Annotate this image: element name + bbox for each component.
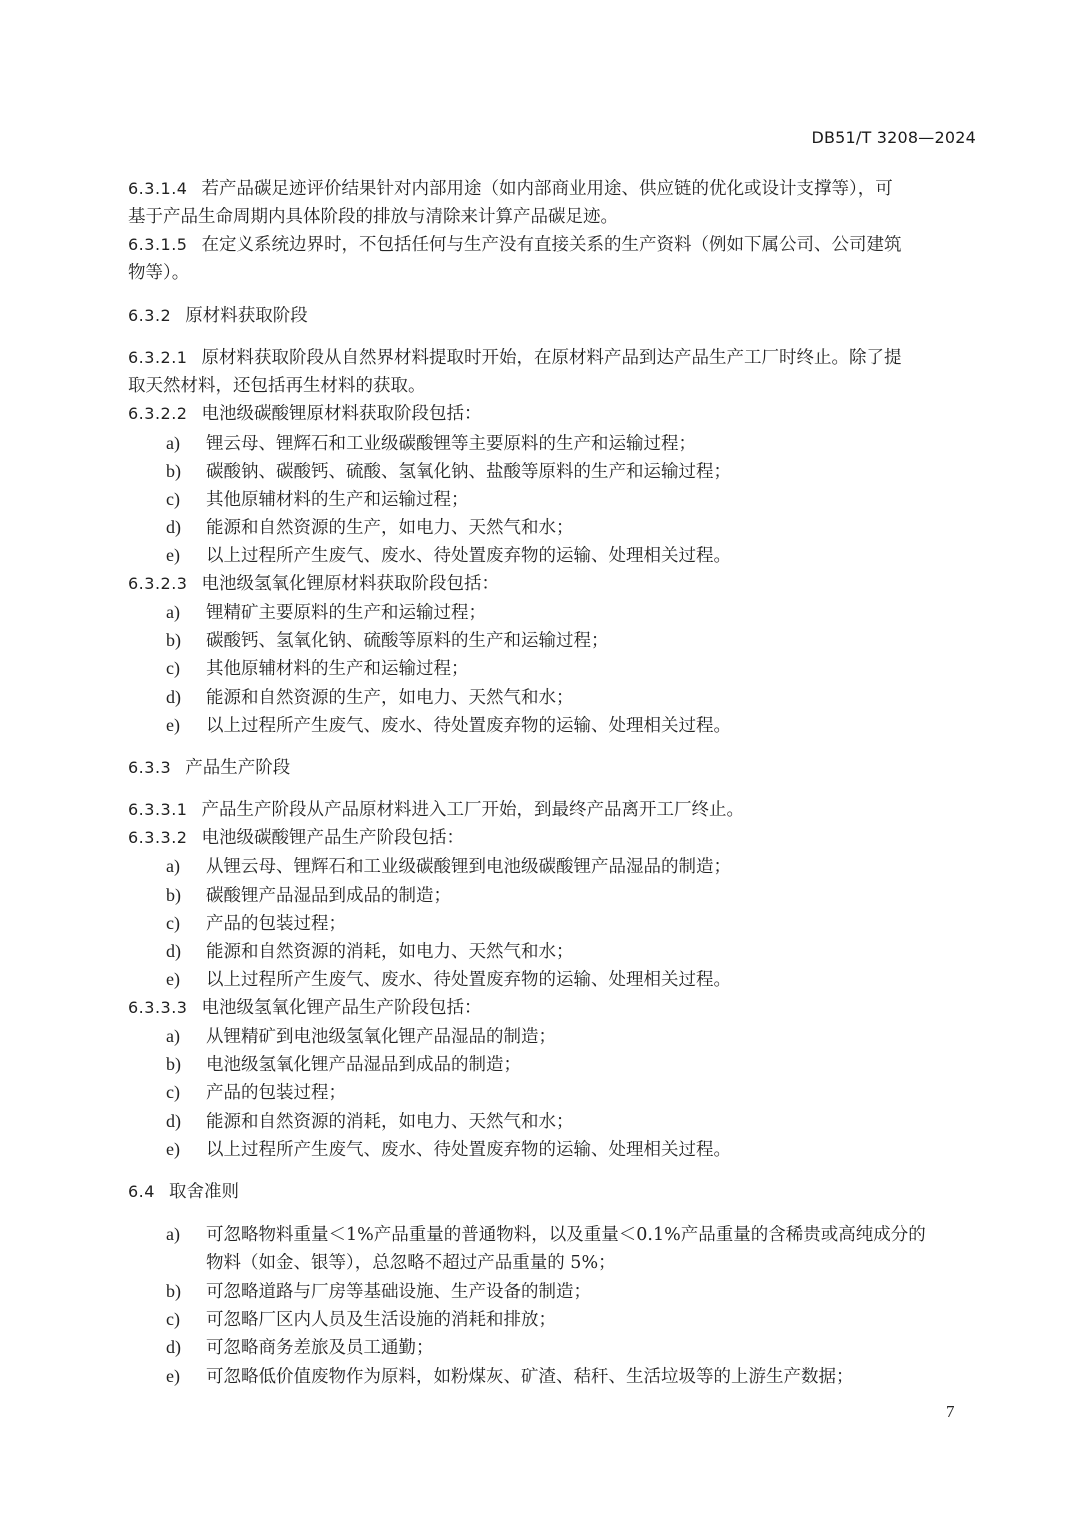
list-label: c): [166, 485, 206, 513]
list-label: b): [166, 1277, 206, 1305]
clause-6-3-2-1-continuation: 取天然材料，还包括再生材料的获取。: [128, 372, 426, 400]
list-item: a)锂云母、锂辉石和工业级碳酸锂等主要原料的生产和运输过程；: [166, 429, 696, 458]
section-heading-6-4: 6.4取舍准则: [128, 1178, 239, 1206]
clause-number: 6.3.2.1: [128, 344, 187, 372]
list-text: 从锂云母、锂辉石和工业级碳酸锂到电池级碳酸锂产品湿品的制造；: [206, 857, 731, 877]
list-item: c)其他原辅材料的生产和运输过程；: [166, 485, 469, 514]
clause-6-3-3-2: 6.3.3.2电池级碳酸锂产品生产阶段包括：: [128, 824, 464, 852]
section-title: 产品生产阶段: [185, 758, 290, 778]
list-label: c): [166, 909, 206, 937]
list-text: 可忽略商务差旅及员工通勤；: [206, 1338, 434, 1358]
list-item: e)以上过程所产生废气、废水、待处置废弃物的运输、处理相关过程。: [166, 541, 731, 570]
list-text: 其他原辅材料的生产和运输过程；: [206, 490, 469, 510]
list-text: 能源和自然资源的生产，如电力、天然气和水；: [206, 688, 574, 708]
list-text: 能源和自然资源的消耗，如电力、天然气和水；: [206, 1112, 574, 1132]
clause-number: 6.3.3.2: [128, 824, 187, 852]
list-item: a)锂精矿主要原料的生产和运输过程；: [166, 598, 486, 627]
list-label: e): [166, 541, 206, 569]
section-heading-6-3-3: 6.3.3产品生产阶段: [128, 754, 290, 782]
list-text: 锂云母、锂辉石和工业级碳酸锂等主要原料的生产和运输过程；: [206, 434, 696, 454]
list-text: 可忽略道路与厂房等基础设施、生产设备的制造；: [206, 1282, 591, 1302]
list-item: a)可忽略物料重量＜1%产品重量的普通物料，以及重量＜0.1%产品重量的含稀贵或…: [166, 1220, 926, 1249]
clause-6-3-2-2: 6.3.2.2电池级碳酸锂原材料获取阶段包括：: [128, 400, 481, 428]
list-label: a): [166, 598, 206, 626]
list-label: d): [166, 683, 206, 711]
section-heading-6-3-2: 6.3.2原材料获取阶段: [128, 302, 308, 330]
clause-number: 6.3.3.1: [128, 796, 187, 824]
list-label: a): [166, 429, 206, 457]
list-label: b): [166, 881, 206, 909]
list-item: e)可忽略低价值废物作为原料，如粉煤灰、矿渣、秸秆、生活垃圾等的上游生产数据；: [166, 1362, 854, 1391]
list-label: c): [166, 1078, 206, 1106]
list-text: 碳酸钙、氢氧化钠、硫酸等原料的生产和运输过程；: [206, 631, 609, 651]
clause-6-3-1-4-continuation: 基于产品生命周期内具体阶段的排放与清除来计算产品碳足迹。: [128, 203, 618, 231]
list-label: e): [166, 965, 206, 993]
clause-number: 6.3.2.2: [128, 400, 187, 428]
list-text: 从锂精矿到电池级氢氧化锂产品湿品的制造；: [206, 1027, 556, 1047]
list-text: 其他原辅材料的生产和运输过程；: [206, 659, 469, 679]
list-label: d): [166, 1107, 206, 1135]
clause-text: 电池级碳酸锂产品生产阶段包括：: [201, 828, 464, 848]
list-text: 以上过程所产生废气、废水、待处置废弃物的运输、处理相关过程。: [206, 1140, 731, 1160]
clause-number: 6.3.1.4: [128, 175, 187, 203]
standard-code: DB51/T 3208—2024: [811, 128, 976, 147]
clause-text: 若产品碳足迹评价结果针对内部用途（如内部商业用途、供应链的优化或设计支撑等），可: [201, 179, 892, 199]
list-text: 以上过程所产生废气、废水、待处置废弃物的运输、处理相关过程。: [206, 716, 731, 736]
list-label: e): [166, 711, 206, 739]
list-label: b): [166, 626, 206, 654]
list-item: c)其他原辅材料的生产和运输过程；: [166, 654, 469, 683]
list-text: 可忽略低价值废物作为原料，如粉煤灰、矿渣、秸秆、生活垃圾等的上游生产数据；: [206, 1367, 854, 1387]
list-text: 可忽略物料重量＜1%产品重量的普通物料，以及重量＜0.1%产品重量的含稀贵或高纯…: [206, 1225, 926, 1245]
list-item: d)能源和自然资源的消耗，如电力、天然气和水；: [166, 937, 574, 966]
clause-6-3-1-5: 6.3.1.5在定义系统边界时，不包括任何与生产没有直接关系的生产资料（例如下属…: [128, 231, 901, 259]
list-item-continuation: 物料（如金、银等），总忽略不超过产品重量的 5%；: [206, 1249, 616, 1277]
section-number: 6.4: [128, 1178, 155, 1206]
clause-6-3-2-3: 6.3.2.3电池级氢氧化锂原材料获取阶段包括：: [128, 570, 499, 598]
list-item: d)能源和自然资源的生产，如电力、天然气和水；: [166, 513, 574, 542]
list-label: e): [166, 1135, 206, 1163]
list-item: b)碳酸钠、碳酸钙、硫酸、氢氧化钠、盐酸等原料的生产和运输过程；: [166, 457, 731, 486]
list-text: 碳酸钠、碳酸钙、硫酸、氢氧化钠、盐酸等原料的生产和运输过程；: [206, 462, 731, 482]
list-item: c)产品的包装过程；: [166, 909, 346, 938]
clause-number: 6.3.3.3: [128, 994, 187, 1022]
clause-text: 电池级碳酸锂原材料获取阶段包括：: [201, 404, 481, 424]
clause-number: 6.3.1.5: [128, 231, 187, 259]
clause-6-3-2-1: 6.3.2.1原材料获取阶段从自然界材料提取时开始，在原材料产品到达产品生产工厂…: [128, 344, 901, 372]
list-item: d)可忽略商务差旅及员工通勤；: [166, 1333, 434, 1362]
clause-text: 产品生产阶段从产品原材料进入工厂开始，到最终产品离开工厂终止。: [201, 800, 744, 820]
list-text: 可忽略厂区内人员及生活设施的消耗和排放；: [206, 1310, 556, 1330]
list-label: d): [166, 937, 206, 965]
list-label: b): [166, 1050, 206, 1078]
list-item: a)从锂云母、锂辉石和工业级碳酸锂到电池级碳酸锂产品湿品的制造；: [166, 852, 731, 881]
clause-text: 电池级氢氧化锂原材料获取阶段包括：: [201, 574, 499, 594]
list-item: e)以上过程所产生废气、废水、待处置废弃物的运输、处理相关过程。: [166, 711, 731, 740]
list-text: 产品的包装过程；: [206, 1083, 346, 1103]
clause-6-3-1-5-continuation: 物等）。: [128, 259, 189, 287]
list-item: b)碳酸钙、氢氧化钠、硫酸等原料的生产和运输过程；: [166, 626, 609, 655]
list-text: 锂精矿主要原料的生产和运输过程；: [206, 603, 486, 623]
list-item: e)以上过程所产生废气、废水、待处置废弃物的运输、处理相关过程。: [166, 965, 731, 994]
clause-6-3-1-4: 6.3.1.4若产品碳足迹评价结果针对内部用途（如内部商业用途、供应链的优化或设…: [128, 175, 893, 203]
list-text: 以上过程所产生废气、废水、待处置废弃物的运输、处理相关过程。: [206, 970, 731, 990]
list-label: b): [166, 457, 206, 485]
list-item: a)从锂精矿到电池级氢氧化锂产品湿品的制造；: [166, 1022, 556, 1051]
document-page: DB51/T 3208—2024 6.3.1.4若产品碳足迹评价结果针对内部用途…: [0, 0, 1080, 1527]
list-item: d)能源和自然资源的生产，如电力、天然气和水；: [166, 683, 574, 712]
list-label: d): [166, 1333, 206, 1361]
list-label: a): [166, 1220, 206, 1248]
list-text: 能源和自然资源的消耗，如电力、天然气和水；: [206, 942, 574, 962]
list-text: 碳酸锂产品湿品到成品的制造；: [206, 886, 451, 906]
list-label: e): [166, 1362, 206, 1390]
list-label: a): [166, 852, 206, 880]
section-number: 6.3.3: [128, 754, 171, 782]
list-item: b)可忽略道路与厂房等基础设施、生产设备的制造；: [166, 1277, 591, 1306]
clause-text: 电池级氢氧化锂产品生产阶段包括：: [201, 998, 481, 1018]
clause-6-3-3-1: 6.3.3.1产品生产阶段从产品原材料进入工厂开始，到最终产品离开工厂终止。: [128, 796, 744, 824]
list-label: a): [166, 1022, 206, 1050]
list-label: c): [166, 654, 206, 682]
list-item: c)产品的包装过程；: [166, 1078, 346, 1107]
list-item: e)以上过程所产生废气、废水、待处置废弃物的运输、处理相关过程。: [166, 1135, 731, 1164]
section-number: 6.3.2: [128, 302, 171, 330]
clause-6-3-3-3: 6.3.3.3电池级氢氧化锂产品生产阶段包括：: [128, 994, 481, 1022]
list-text: 能源和自然资源的生产，如电力、天然气和水；: [206, 518, 574, 538]
list-item: b)碳酸锂产品湿品到成品的制造；: [166, 881, 451, 910]
list-item: d)能源和自然资源的消耗，如电力、天然气和水；: [166, 1107, 574, 1136]
list-label: c): [166, 1305, 206, 1333]
list-item: c)可忽略厂区内人员及生活设施的消耗和排放；: [166, 1305, 556, 1334]
clause-text: 在定义系统边界时，不包括任何与生产没有直接关系的生产资料（例如下属公司、公司建筑: [201, 235, 901, 255]
list-item: b)电池级氢氧化锂产品湿品到成品的制造；: [166, 1050, 521, 1079]
page-number: 7: [946, 1402, 955, 1422]
section-title: 取舍准则: [169, 1182, 239, 1202]
list-text: 电池级氢氧化锂产品湿品到成品的制造；: [206, 1055, 521, 1075]
list-label: d): [166, 513, 206, 541]
section-title: 原材料获取阶段: [185, 306, 308, 326]
clause-text: 原材料获取阶段从自然界材料提取时开始，在原材料产品到达产品生产工厂时终止。除了提: [201, 348, 901, 368]
clause-number: 6.3.2.3: [128, 570, 187, 598]
list-text: 以上过程所产生废气、废水、待处置废弃物的运输、处理相关过程。: [206, 546, 731, 566]
list-text: 产品的包装过程；: [206, 914, 346, 934]
